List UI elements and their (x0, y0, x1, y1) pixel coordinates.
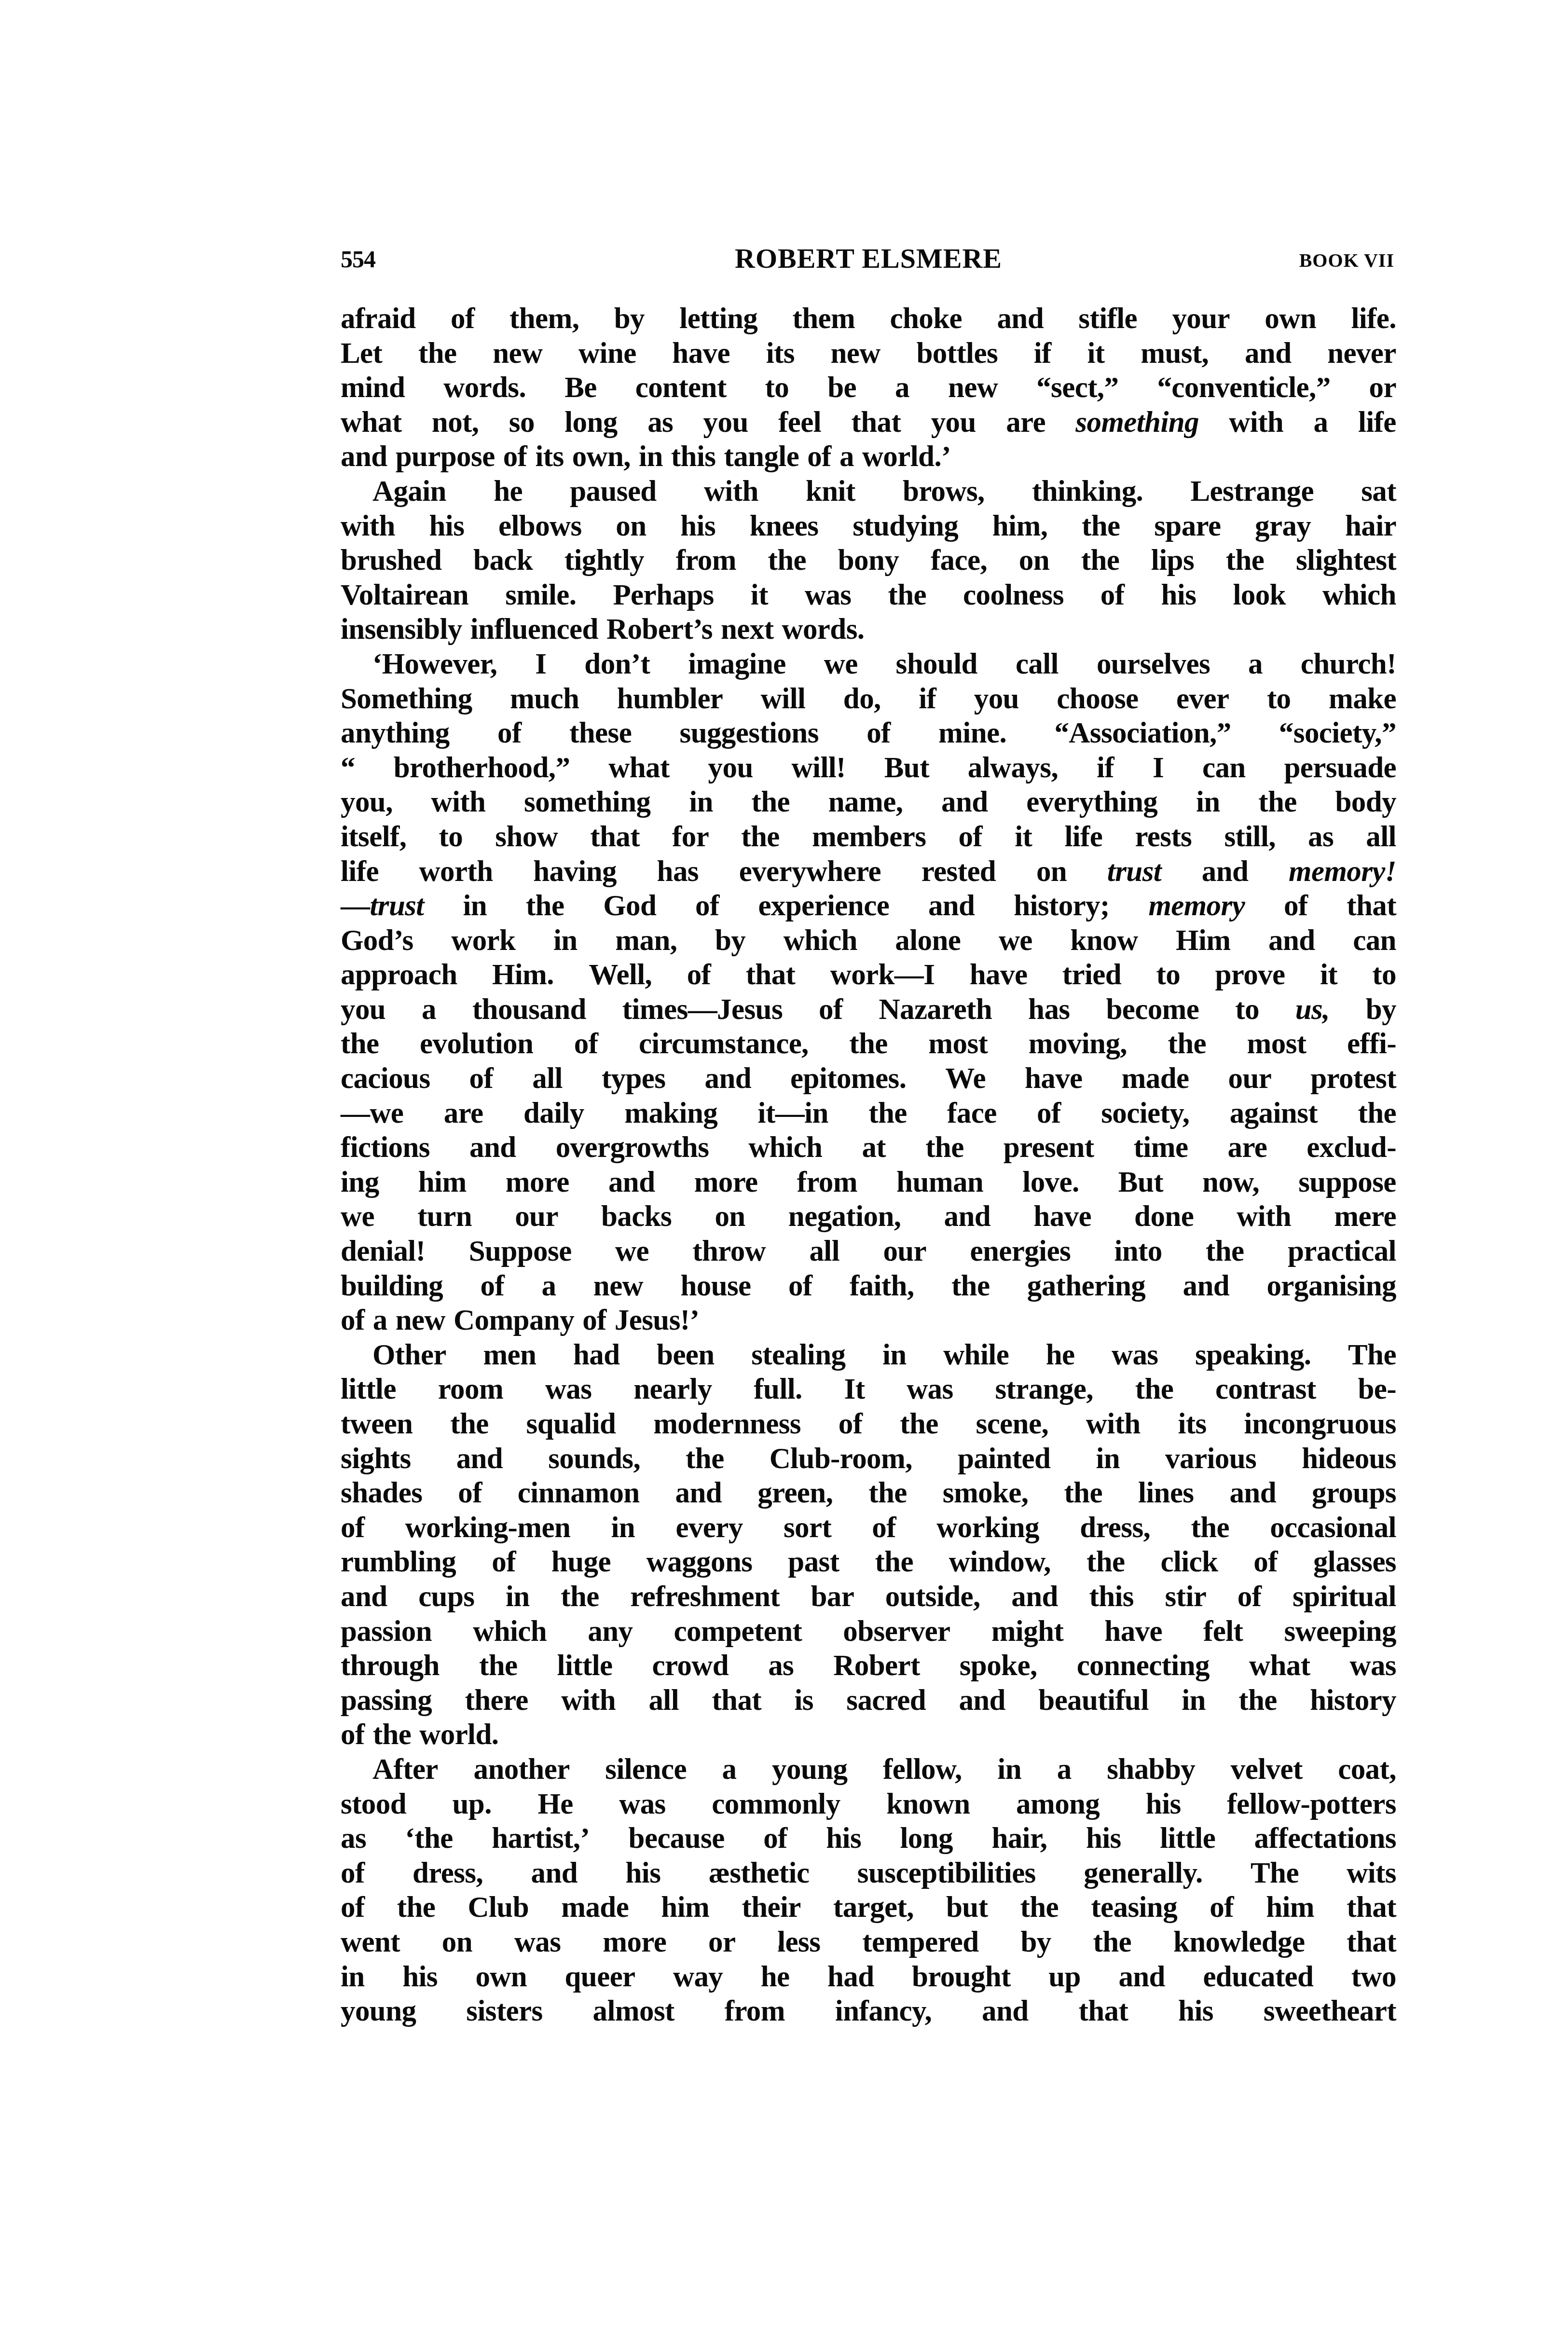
word: and (531, 1856, 578, 1891)
word: him (418, 1165, 467, 1200)
word: a (839, 440, 854, 474)
word: mine. (938, 716, 1006, 751)
word: of (1284, 889, 1308, 923)
word: After (372, 1752, 438, 1787)
word: all (648, 1683, 679, 1718)
word: trust (1107, 854, 1161, 889)
word: have (1033, 1199, 1091, 1234)
word: sights (341, 1442, 411, 1476)
word: sort (784, 1511, 831, 1545)
text-line: passionwhichanycompetentobservermighthav… (341, 1614, 1396, 1649)
word: insensibly (341, 612, 462, 647)
word: of (458, 1476, 482, 1511)
word: way (673, 1960, 723, 1994)
word: if (1097, 751, 1114, 785)
word: and (1183, 1269, 1229, 1304)
word: and (1268, 923, 1315, 958)
word: and (982, 1994, 1029, 2029)
word: feel (778, 405, 821, 440)
word: body (1335, 785, 1396, 820)
word: his (1178, 1994, 1213, 2029)
word: was (514, 1925, 561, 1960)
book-title: ROBERT ELSMERE (341, 242, 1396, 275)
word: up. (453, 1787, 492, 1822)
word: have (1104, 1614, 1162, 1649)
word: that (852, 405, 901, 440)
word: that (1347, 889, 1396, 923)
word: never (1327, 336, 1396, 371)
word: should (896, 647, 977, 682)
word: for (672, 820, 709, 854)
word: But (884, 751, 929, 785)
word: memory! (1289, 854, 1396, 889)
word: have (1025, 1061, 1083, 1096)
word: itself, (341, 820, 406, 854)
word: of (839, 1407, 863, 1442)
word: wine (578, 336, 636, 371)
word: you (931, 405, 976, 440)
word: you (341, 992, 385, 1027)
word: own (475, 1960, 527, 1994)
word: what (341, 405, 401, 440)
word: from (797, 1165, 857, 1200)
text-line: itself,toshowthatforthemembersofitlifere… (341, 820, 1396, 854)
word: God’s (341, 923, 413, 958)
word: hair, (991, 1821, 1047, 1856)
word: Well, (589, 958, 652, 992)
word: Something (341, 682, 472, 716)
word: “Association,” (1054, 716, 1231, 751)
word: something (524, 785, 650, 820)
word: the (868, 1476, 907, 1511)
word: because (629, 1821, 725, 1856)
word: and (928, 889, 975, 923)
word: the (951, 1269, 990, 1304)
word: content (635, 371, 727, 405)
word: was (1349, 1649, 1396, 1683)
word: in (341, 1960, 365, 1994)
word: members (812, 820, 926, 854)
word: effi- (1347, 1027, 1396, 1061)
word: a (542, 1269, 556, 1304)
word: gray (1255, 509, 1311, 544)
word: any (588, 1614, 633, 1649)
text-line: ofdress,andhisæstheticsusceptibilitiesge… (341, 1856, 1396, 1891)
word: approach (341, 958, 457, 992)
word: while (943, 1338, 1009, 1373)
word: their (742, 1890, 800, 1925)
word: affectations (1254, 1821, 1396, 1856)
word: what (1249, 1649, 1310, 1683)
word: bar (811, 1580, 854, 1614)
word: spoke, (960, 1649, 1037, 1683)
word: it—in (758, 1096, 828, 1131)
word: the (1135, 1372, 1174, 1407)
word: with (704, 474, 758, 509)
word: the (686, 1442, 724, 1476)
word: always, (968, 751, 1058, 785)
word: Him. (492, 958, 554, 992)
word: the (1168, 1027, 1207, 1061)
word: new (948, 371, 998, 405)
word: little (1160, 1821, 1215, 1856)
word: dress, (413, 1856, 483, 1891)
word: lips (1151, 543, 1194, 578)
text-line: buildingofanewhouseoffaith,thegatheringa… (341, 1269, 1396, 1304)
word: of (497, 716, 522, 751)
word: connecting (1077, 1649, 1210, 1683)
word: as (647, 405, 673, 440)
word: worth (419, 854, 493, 889)
word: Voltairean (341, 578, 468, 613)
word: of (1238, 1580, 1262, 1614)
word: it (1087, 336, 1104, 371)
word: new (593, 1269, 643, 1304)
word: the (1087, 1545, 1125, 1580)
word: made (1122, 1061, 1189, 1096)
word: of (341, 1718, 365, 1752)
word: memory (1148, 889, 1245, 923)
word: by (715, 923, 745, 958)
text-line: oftheClubmadehimtheirtarget,buttheteasin… (341, 1890, 1396, 1925)
word: brushed (341, 543, 441, 578)
word: tween (341, 1407, 413, 1442)
text-line: ‘However,Idon’timagineweshouldcalloursel… (341, 647, 1396, 682)
word: rested (922, 854, 996, 889)
text-line: youathousandtimes—JesusofNazarethhasbeco… (341, 992, 1396, 1027)
word: church! (1301, 647, 1396, 682)
word: circumstance, (639, 1027, 809, 1061)
word: the (526, 889, 564, 923)
text-line: Againhepausedwithknitbrows,thinking.Lest… (341, 474, 1396, 509)
word: Suppose (469, 1234, 572, 1269)
word: the (1191, 1511, 1229, 1545)
word: huge (551, 1545, 611, 1580)
word: we (824, 647, 858, 682)
word: hair (1345, 509, 1396, 544)
word: and (1229, 1476, 1276, 1511)
word: silence (605, 1752, 687, 1787)
word: in (553, 923, 578, 958)
word: next (721, 612, 773, 647)
word: all (532, 1061, 563, 1096)
text-line: inhisownqueerwayhehadbroughtupandeducate… (341, 1960, 1396, 1994)
word: ever (1176, 682, 1229, 716)
word: if (1034, 336, 1051, 371)
word: tangle (724, 440, 799, 474)
word: dress, (1080, 1511, 1150, 1545)
word: our (1228, 1061, 1272, 1096)
word: own (1265, 302, 1316, 336)
word: glasses (1313, 1545, 1396, 1580)
word: the (875, 1545, 913, 1580)
word: of (1210, 1890, 1234, 1925)
word: that (712, 1683, 761, 1718)
word: and (341, 1580, 387, 1614)
word: must, (1141, 336, 1209, 371)
word: the (1064, 1476, 1102, 1511)
word: more (603, 1925, 666, 1960)
text-line: Letthenewwinehaveitsnewbottlesifitmust,a… (341, 336, 1396, 371)
word: will! (792, 751, 846, 785)
word: and (341, 440, 387, 474)
word: most (928, 1027, 988, 1061)
word: mere (1334, 1199, 1396, 1234)
word: ing (341, 1165, 379, 1200)
word: the (1206, 1234, 1244, 1269)
text-line: afraidofthem,bylettingthemchokeandstifle… (341, 302, 1396, 336)
word: that (746, 958, 796, 992)
text-line: as‘thehartist,’becauseofhislonghair,hisl… (341, 1821, 1396, 1856)
word: make (1329, 682, 1396, 716)
word: click (1160, 1545, 1218, 1580)
word: we (615, 1234, 649, 1269)
word: of (451, 302, 475, 336)
word: have (672, 336, 730, 371)
word: made (561, 1890, 629, 1925)
word: turn (417, 1199, 472, 1234)
word: young (772, 1752, 847, 1787)
word: or (708, 1925, 735, 1960)
word: words. (782, 612, 864, 647)
word: the (888, 578, 927, 613)
word: he (494, 474, 523, 509)
text-line: Othermenhadbeenstealinginwhilehewasspeak… (341, 1338, 1396, 1373)
word: of (1100, 578, 1125, 613)
word: world. (419, 1718, 498, 1752)
text-line: caciousofalltypesandepitomes.Wehavemadeo… (341, 1061, 1396, 1096)
text-line: approachHim.Well,ofthatwork—Ihavetriedto… (341, 958, 1396, 992)
word: world.’ (862, 440, 951, 474)
word: might (991, 1614, 1064, 1649)
word: prove (1215, 958, 1285, 992)
word: spiritual (1293, 1580, 1396, 1614)
word: room (438, 1372, 503, 1407)
word: the (1226, 543, 1265, 578)
text-line: passingtherewithallthatissacredandbeauti… (341, 1683, 1396, 1718)
word: the (768, 543, 807, 578)
word: this (671, 440, 716, 474)
text-line: throughthelittlecrowdasRobertspoke,conne… (341, 1649, 1396, 1683)
text-line: Afteranothersilenceayoungfellow,inashabb… (341, 1752, 1396, 1787)
word: long (900, 1821, 952, 1856)
word: the (479, 1649, 518, 1683)
word: and (608, 1165, 655, 1200)
text-line: insensiblyinfluencedRobert’snextwords. (341, 612, 1396, 647)
word: sweetheart (1264, 1994, 1396, 2029)
word: that (1347, 1925, 1396, 1960)
word: brought (912, 1960, 1011, 1994)
word: letting (679, 302, 757, 336)
word: there (465, 1683, 528, 1718)
word: the (1358, 1096, 1396, 1131)
word: sweeping (1284, 1614, 1396, 1649)
word: daily (523, 1096, 584, 1131)
word: man, (615, 923, 677, 958)
word: sisters (466, 1994, 542, 2029)
word: occasional (1270, 1511, 1396, 1545)
word: and (1245, 336, 1292, 371)
word: by (1366, 992, 1396, 1027)
word: of (958, 820, 982, 854)
word: hideous (1302, 1442, 1396, 1476)
word: knit (806, 474, 855, 509)
word: little (557, 1649, 613, 1683)
word: face (947, 1096, 997, 1131)
word: his (1086, 1821, 1121, 1856)
word: competent (674, 1614, 802, 1649)
text-line: ofworking-menineverysortofworkingdress,t… (341, 1511, 1396, 1545)
word: bottles (916, 336, 998, 371)
word: present (1004, 1130, 1094, 1165)
word: cinnamon (518, 1476, 640, 1511)
word: don’t (584, 647, 650, 682)
word: little (341, 1372, 396, 1407)
word: what (608, 751, 669, 785)
word: —we (341, 1096, 403, 1131)
word: incongruous (1244, 1407, 1396, 1442)
word: through (341, 1649, 440, 1683)
word: his (680, 509, 715, 544)
text-line: inghimmoreandmorefromhumanlove.Butnow,su… (341, 1165, 1396, 1200)
word: has (657, 854, 699, 889)
word: to (1235, 992, 1259, 1027)
word: the (849, 1027, 888, 1061)
word: building (341, 1269, 443, 1304)
text-line: littleroomwasnearlyfull.Itwasstrange,the… (341, 1372, 1396, 1407)
word: of (867, 716, 891, 751)
word: sat (1361, 474, 1396, 509)
word: a (722, 1752, 737, 1787)
word: Him (1176, 923, 1230, 958)
word: its (1178, 1407, 1207, 1442)
word: life (341, 854, 379, 889)
word: a (1248, 647, 1263, 682)
word: the (1081, 543, 1120, 578)
word: stifle (1078, 302, 1137, 336)
word: of (788, 1269, 812, 1304)
word: Club (468, 1890, 529, 1925)
word: brows, (903, 474, 985, 509)
word: anything (341, 716, 450, 751)
word: by (1020, 1925, 1051, 1960)
word: of (763, 1821, 787, 1856)
text-line: you,withsomethinginthename,andeverything… (341, 785, 1396, 820)
word: you, (341, 785, 393, 820)
word: full. (754, 1372, 802, 1407)
word: these (569, 716, 632, 751)
word: target, (833, 1890, 914, 1925)
word: up (1048, 1960, 1081, 1994)
word: fellow, (883, 1752, 962, 1787)
word: the (397, 1890, 436, 1925)
word: rests (1135, 820, 1192, 854)
word: queer (565, 1960, 635, 1994)
word: in (1196, 785, 1220, 820)
word: he (761, 1960, 790, 1994)
word: persuade (1284, 751, 1396, 785)
word: the (341, 1027, 379, 1061)
word: shabby (1107, 1752, 1195, 1787)
word: cups (418, 1580, 474, 1614)
word: of (807, 440, 831, 474)
word: was (907, 1372, 953, 1407)
body-text: afraidofthem,bylettingthemchokeandstifle… (341, 302, 1396, 2029)
text-line: God’sworkinman,bywhichaloneweknowHimandc… (341, 923, 1396, 958)
word: are (1006, 405, 1045, 440)
text-line: —trustintheGodofexperienceandhistory;mem… (341, 889, 1396, 923)
word: something (1075, 405, 1199, 440)
word: to (1267, 682, 1291, 716)
word: his (1146, 1787, 1181, 1822)
text-line: “brotherhood,”whatyouwill!Butalways,ifIc… (341, 751, 1396, 785)
text-line: ofanewCompanyofJesus!’ (341, 1303, 1396, 1338)
word: backs (601, 1199, 672, 1234)
word: protest (1310, 1061, 1396, 1096)
word: was (805, 578, 852, 613)
word: window, (949, 1545, 1051, 1580)
word: work—I (830, 958, 935, 992)
word: Again (372, 474, 446, 509)
word: life (1358, 405, 1396, 440)
word: ‘the (405, 1821, 453, 1856)
word: shades (341, 1476, 422, 1511)
printer-mark (779, 1945, 784, 1950)
word: studying (853, 509, 958, 544)
word: smile. (505, 578, 576, 613)
word: squalid (526, 1407, 616, 1442)
word: it (751, 578, 768, 613)
word: in (639, 440, 663, 474)
word: wits (1347, 1856, 1396, 1891)
word: Robert’s (606, 612, 713, 647)
word: making (624, 1096, 717, 1131)
word: had (573, 1338, 620, 1373)
text-line: tweenthesqualidmodernnessofthescene,with… (341, 1407, 1396, 1442)
word: fellow-potters (1227, 1787, 1396, 1822)
word: we (999, 923, 1032, 958)
word: in (611, 1511, 635, 1545)
word: I (1153, 751, 1164, 785)
word: our (883, 1234, 926, 1269)
word: tried (1062, 958, 1121, 992)
word: of (1253, 1545, 1278, 1580)
word: in (1096, 1442, 1120, 1476)
word: smoke, (943, 1476, 1029, 1511)
word: lines (1138, 1476, 1194, 1511)
word: bony (838, 543, 899, 578)
word: your (1172, 302, 1230, 336)
word: sacred (846, 1683, 926, 1718)
word: but (946, 1890, 988, 1925)
word: the (373, 1718, 412, 1752)
word: cacious (341, 1061, 430, 1096)
word: long (564, 405, 617, 440)
word: gathering (1027, 1269, 1145, 1304)
word: passion (341, 1614, 432, 1649)
word: and (944, 1199, 991, 1234)
word: of (469, 1061, 494, 1096)
word: coolness (963, 578, 1064, 613)
word: more (506, 1165, 569, 1200)
word: you (974, 682, 1019, 716)
word: you (708, 751, 753, 785)
word: of (819, 992, 843, 1027)
text-line: youngsistersalmostfrominfancy,andthathis… (341, 1994, 1396, 2029)
word: have (970, 958, 1028, 992)
word: stealing (751, 1338, 845, 1373)
word: a (373, 1303, 387, 1338)
